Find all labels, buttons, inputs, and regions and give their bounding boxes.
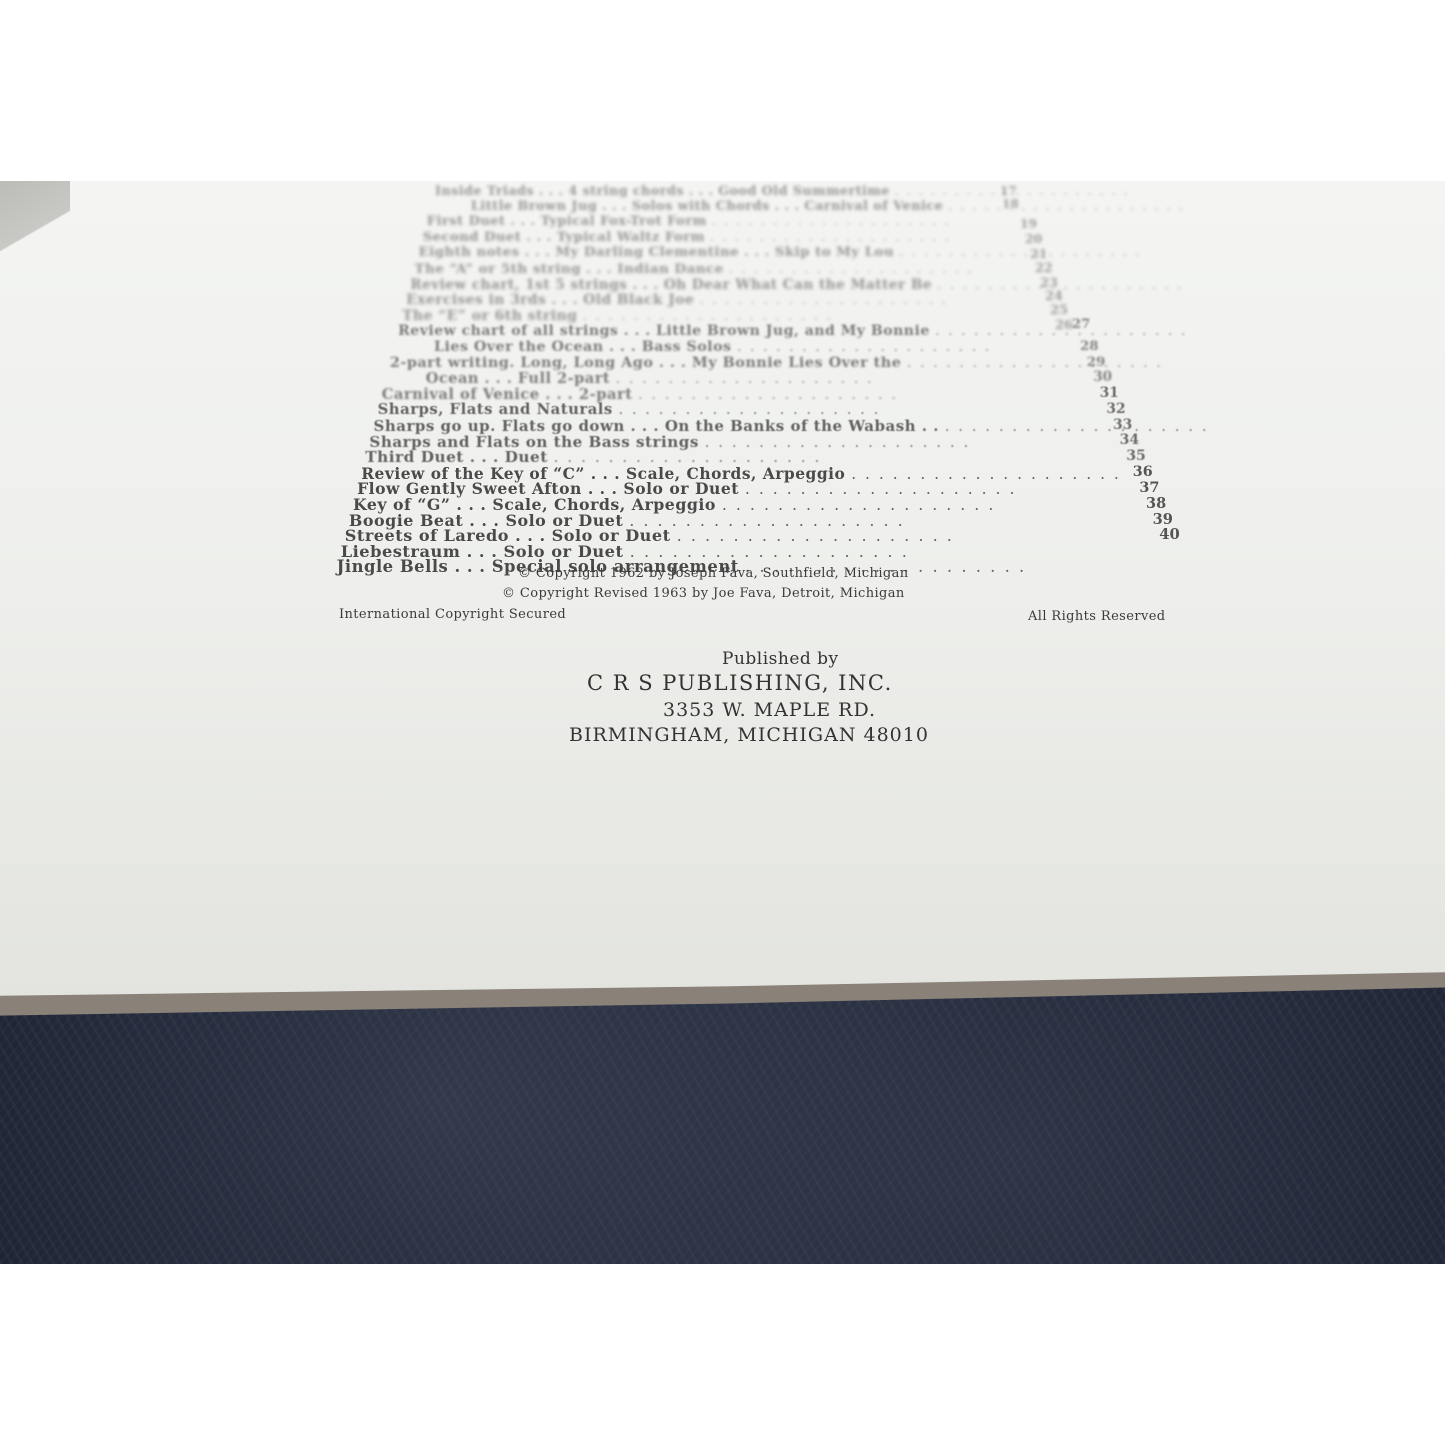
toc-page-number: 39 [1153, 511, 1173, 528]
toc-page-number: 18 [1002, 197, 1019, 211]
leader-dots: . . . . . . . . . . . . . . . . . . . . [729, 262, 974, 277]
toc-entry-title: First Duet . . . Typical Fox-Trot Form [427, 214, 712, 229]
leader-dots: . . . . . . . . . . . . . . . . . . . . [948, 199, 1185, 214]
leader-dots: . . . . . . . . . . . . . . . . . . . . [737, 339, 991, 355]
toc-entry-title: Ocean . . . Full 2-part [426, 370, 616, 387]
toc-page-number: 21 [1030, 246, 1047, 261]
toc-page-number: 22 [1035, 260, 1053, 275]
toc-entry-title: The “E” or 6th string [402, 308, 582, 324]
toc-entry-title: Review chart of all strings . . . Little… [398, 323, 935, 339]
toc-page-number: 24 [1045, 289, 1063, 304]
leader-dots: . . . . . . . . . . . . . . . . . . . . [700, 292, 948, 308]
leader-dots: . . . . . . . . . . . . . . . . . . . . [616, 371, 874, 387]
toc-page-number: 26 [1055, 318, 1073, 333]
leader-dots: . . . . . . . . . . . . . . . . . . . . [710, 230, 951, 245]
toc-page-number: 20 [1025, 231, 1042, 246]
toc-entry: 2-part writing. Long, Long Ago . . . My … [390, 355, 1163, 371]
leader-dots: . . . . . . . . . . . . . . . . . . . . [583, 308, 833, 324]
toc-page-number: 19 [1020, 217, 1037, 231]
toc-entry: The “E” or 6th string . . . . . . . . . … [402, 308, 833, 324]
toc-entry-title: Second Duet . . . Typical Waltz Form [423, 230, 710, 245]
toc-page-number: 37 [1139, 479, 1159, 496]
toc-entry-title: Exercises in 3rds . . . Old Black Joe [406, 292, 699, 308]
publisher-city: BIRMINGHAM, MICHIGAN 48010 [569, 724, 929, 746]
toc-page-number: 29 [1087, 354, 1106, 370]
toc-page-number: 23 [1040, 275, 1058, 290]
toc-entry-title: Little Brown Jug . . . Solos with Chords… [471, 199, 948, 214]
toc-page-number: 32 [1106, 401, 1125, 417]
toc-page-number: 40 [1159, 526, 1180, 543]
toc-entry-title: Carnival of Venice . . . 2-part [382, 386, 638, 403]
copyright-secured: International Copyright Secured [339, 607, 566, 622]
toc-page-number: 27 [1072, 317, 1090, 332]
toc-entry: Inside Triads . . . 4 string chords . . … [435, 183, 1130, 198]
toc-page-number: 28 [1080, 338, 1099, 354]
toc-entry: Ocean . . . Full 2-part . . . . . . . . … [426, 370, 874, 387]
toc-entry: Carnival of Venice . . . 2-part . . . . … [382, 386, 898, 403]
toc-entry-title: Lies Over the Ocean . . . Bass Solos [434, 339, 737, 355]
toc-page-number: 31 [1100, 385, 1119, 401]
published-by: Published by [722, 649, 839, 669]
toc-page-number: 36 [1133, 464, 1153, 480]
toc-entry: Little Brown Jug . . . Solos with Chords… [471, 199, 1185, 214]
toc-entry: Review chart, 1st 5 strings . . . Oh Dea… [410, 277, 1183, 293]
toc-page-number: 17 [1000, 184, 1017, 198]
toc-page-number: 34 [1120, 432, 1140, 448]
toc-entry-title: Sharps, Flats and Naturals [378, 401, 619, 418]
toc-entry: First Duet . . . Typical Fox-Trot Form .… [427, 214, 951, 229]
publisher-address: 3353 W. MAPLE RD. [663, 699, 876, 721]
toc-entry: Second Duet . . . Typical Waltz Form . .… [423, 230, 951, 245]
leader-dots: . . . . . . . . . . . . . . . . . . . . [618, 401, 880, 418]
page-fold-shadow [0, 181, 70, 331]
leader-dots: . . . . . . . . . . . . . . . . . . . . [907, 355, 1163, 371]
toc-page-number: 38 [1146, 495, 1166, 512]
toc-page-number: 25 [1050, 303, 1068, 318]
publisher-name: C R S PUBLISHING, INC. [587, 671, 893, 695]
leader-dots: . . . . . . . . . . . . . . . . . . . . [712, 214, 951, 229]
toc-entry-title: Eighth notes . . . My Darling Clementine… [419, 245, 900, 260]
leader-dots: . . . . . . . . . . . . . . . . . . . . [899, 245, 1141, 260]
copyright-line-1: © Copyright 1962 by Joseph Fava, Southfi… [518, 566, 909, 581]
toc-entry-title: The “A” or 5th string . . . Indian Dance [415, 261, 729, 277]
photo: Inside Triads . . . 4 string chords . . … [0, 181, 1445, 1264]
book-page: Inside Triads . . . 4 string chords . . … [0, 181, 1445, 996]
leader-dots: . . . . . . . . . . . . . . . . . . . . [638, 386, 898, 403]
toc-entry: The “A” or 5th string . . . Indian Dance… [415, 261, 974, 277]
toc-entry: Exercises in 3rds . . . Old Black Joe . … [406, 292, 948, 308]
toc-page-number: 30 [1093, 369, 1112, 385]
leader-dots: . . . . . . . . . . . . . . . . . . . . [945, 417, 1209, 435]
toc-page-number: 33 [1113, 417, 1132, 433]
toc-entry-title: Inside Triads . . . 4 string chords . . … [435, 183, 895, 198]
toc-entry: Lies Over the Ocean . . . Bass Solos . .… [434, 339, 991, 355]
rights-reserved: All Rights Reserved [1028, 609, 1166, 624]
toc-entry: Sharps, Flats and Naturals . . . . . . .… [378, 401, 881, 418]
toc-page-number: 35 [1126, 448, 1146, 464]
toc-entry-title: 2-part writing. Long, Long Ago . . . My … [390, 355, 907, 371]
toc-entry-title: Review chart, 1st 5 strings . . . Oh Dea… [410, 277, 937, 293]
copyright-line-2: © Copyright Revised 1963 by Joe Fava, De… [502, 586, 905, 601]
